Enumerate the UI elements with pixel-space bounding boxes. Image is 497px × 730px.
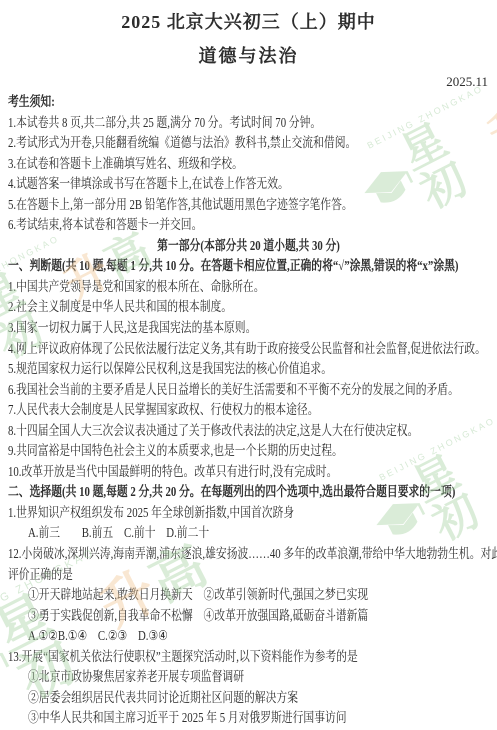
judge-item-1: 1.中国共产党领导是党和国家的根本所在、命脉所在。 [8, 277, 393, 298]
judge-item-7: 7.人民代表大会制度是人民掌握国家政权、行使权力的根本途径。 [8, 400, 393, 421]
exam-body: 考生须知: 1.本试卷共 8 页,共二部分,共 25 题,满分 70 分。考试时… [8, 92, 489, 729]
notice-item-4: 4.试题答案一律填涂或书写在答题卡上,在试卷上作答无效。 [8, 174, 393, 195]
judge-section-heading: 一、判断题(共 10 题,每题 1 分,共 10 分。在答题卡相应位置,正确的将… [8, 256, 393, 277]
watermark-char-accent: 升 [494, 431, 497, 490]
question-12-statements-3-4: ③勇于实践促创新,自我革命不松懈 ④改革开放强国路,砥砺奋斗谱新篇 [28, 606, 397, 627]
notice-heading: 考生须知: [8, 92, 393, 113]
question-12-statements-1-2: ①开天辟地站起来,敢教日月换新天 ②改革引领新时代,强国之梦已实现 [28, 585, 397, 606]
judge-item-4: 4.网上评议政府体现了公民依法履行法定义务,其有助于政府接受公民监督和社会监督,… [8, 339, 393, 360]
question-12-stem-line1: 12.小岗破冰,深圳兴涛,海南弄潮,浦东逐浪,雄安扬波……40 多年的改革浪潮,… [8, 544, 393, 565]
judge-item-3: 3.国家一切权力属于人民,这是我国宪法的基本原则。 [8, 318, 393, 339]
judge-item-8: 8.十四届全国人大三次会议表决通过了关于修改代表法的决定,这是人大在行使决定权。 [8, 421, 393, 442]
exam-subject: 道德与法治 [0, 42, 497, 68]
judge-item-5: 5.规范国家权力运行以保障公民权利,这是我国宪法的核心价值追求。 [8, 359, 393, 380]
notice-item-6: 6.考试结束,将本试卷和答题卡一并交回。 [8, 215, 393, 236]
notice-item-3: 3.在试卷和答题卡上准确填写姓名、班级和学校。 [8, 154, 393, 175]
notice-item-2: 2.考试形式为开卷,只能翻看统编《道德与法治》教科书,禁止交流和借阅。 [8, 133, 393, 154]
judge-item-6: 6.我国社会当前的主要矛盾是人民日益增长的美好生活需要和不平衡不充分的发展之间的… [8, 380, 393, 401]
exam-date: 2025.11 [446, 74, 488, 90]
question-11-stem: 1.世界知识产权组织发布 2025 年全球创新指数,中国首次跻身 [8, 503, 393, 524]
question-12-options: A.①②B.①④ C.②③ D.③④ [28, 626, 397, 647]
exam-paper-page: BEIJING ZHONGKAO 星初升高 BEIJING ZHONGKAO 星… [0, 0, 497, 730]
judge-item-10: 10.改革开放是当代中国最鲜明的特色。改革只有进行时,没有完成时。 [8, 462, 393, 483]
exam-title: 2025 北京大兴初三（上）期中 [0, 8, 497, 34]
question-11-options: A.前三 B.前五 C.前十 D.前二十 [28, 523, 397, 544]
judge-item-2: 2.社会主义制度是中华人民共和国的根本制度。 [8, 297, 393, 318]
question-13-statement-2: ②居委会组织居民代表共同讨论近期社区问题的解决方案 [28, 688, 397, 709]
part1-heading: 第一部分(本部分共 20 道小题,共 30 分) [56, 236, 441, 257]
question-12-stem-line2: 评价正确的是 [8, 565, 393, 586]
question-13-statement-3: ③中华人民共和国主席习近平于 2025 年 5 月对俄罗斯进行国事访问 [28, 708, 397, 729]
question-13-stem: 13.开展“国家机关依法行使职权”主题探究活动时,以下资料能作为参考的是 [8, 647, 393, 668]
judge-item-9: 9.共同富裕是中国特色社会主义的本质要求,也是一个长期的历史过程。 [8, 441, 393, 462]
notice-item-5: 5.在答题卡上,第一部分用 2B 铅笔作答,其他试题用黑色字迹签字笔作答。 [8, 195, 393, 216]
question-13-statement-1: ①北京市政协聚焦居家养老开展专项监督调研 [28, 667, 397, 688]
notice-item-1: 1.本试卷共 8 页,共二部分,共 25 题,满分 70 分。考试时间 70 分… [8, 113, 393, 134]
choice-section-heading: 二、选择题(共 10 题,每题 2 分,共 20 分。在每题列出的四个选项中,选… [8, 482, 393, 503]
